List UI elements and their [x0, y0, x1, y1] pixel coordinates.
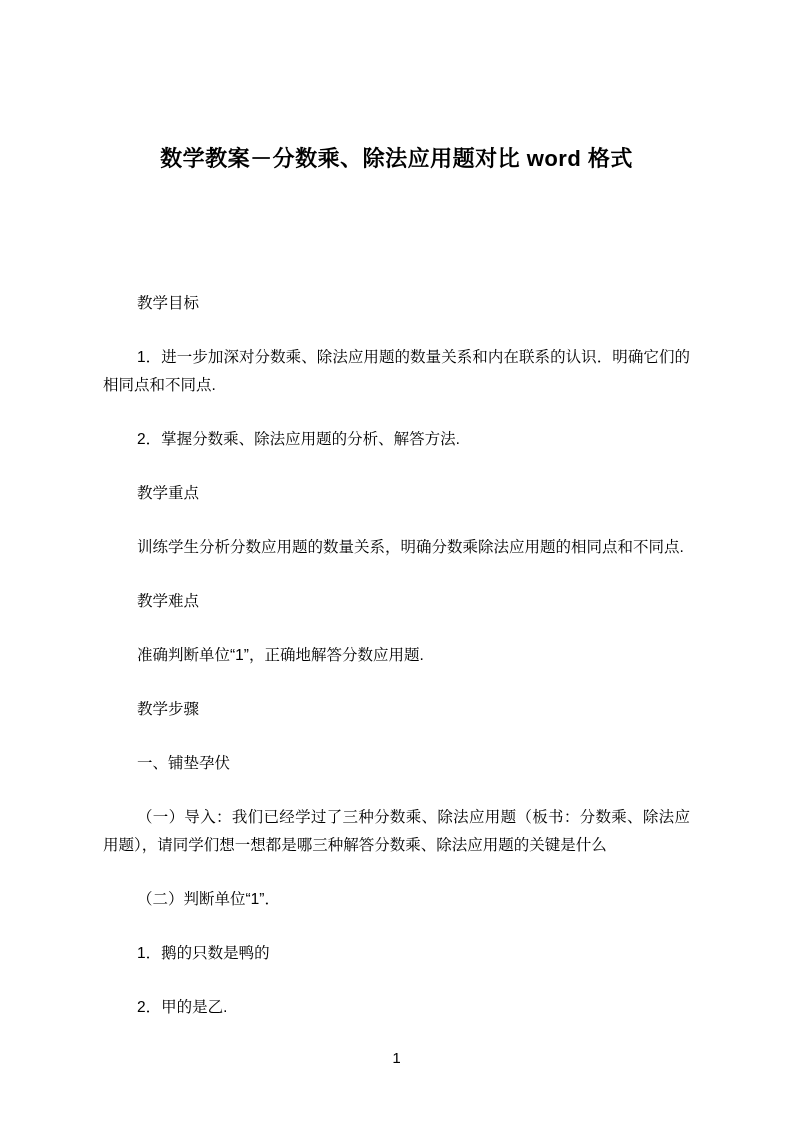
page-number: 1: [0, 1048, 793, 1070]
paragraph-steps-heading: 教学步骤: [103, 696, 690, 724]
paragraph-key-point-text: 训练学生分析分数应用题的数量关系，明确分数乘除法应用题的相同点和不同点.: [103, 534, 690, 562]
paragraph-list-item-1: 1．鹅的只数是鸭的: [103, 940, 690, 968]
paragraph-judge-unit-one: （二）判断单位“1”．: [103, 886, 690, 914]
paragraph-difficulty-text: 准确判断单位“1”，正确地解答分数应用题.: [103, 642, 690, 670]
paragraph-difficulty-heading: 教学难点: [103, 588, 690, 616]
paragraph-lead-in: （一）导入：我们已经学过了三种分数乘、除法应用题（板书：分数乘、除法应用题），请…: [103, 804, 690, 860]
document-body: 数学教案－分数乘、除法应用题对比 word 格式 教学目标 1．进一步加深对分数…: [103, 142, 690, 1048]
document-title: 数学教案－分数乘、除法应用题对比 word 格式: [103, 142, 690, 175]
paragraph-section-one-heading: 一、铺垫孕伏: [103, 750, 690, 778]
paragraph-objectives-heading: 教学目标: [103, 290, 690, 318]
paragraph-objective-1: 1．进一步加深对分数乘、除法应用题的数量关系和内在联系的认识．明确它们的相同点和…: [103, 344, 690, 400]
paragraph-objective-2: 2．掌握分数乘、除法应用题的分析、解答方法.: [103, 426, 690, 454]
document-page: 数学教案－分数乘、除法应用题对比 word 格式 教学目标 1．进一步加深对分数…: [0, 0, 793, 1122]
paragraph-key-point-heading: 教学重点: [103, 480, 690, 508]
paragraph-list-item-2: 2．甲的是乙.: [103, 994, 690, 1022]
